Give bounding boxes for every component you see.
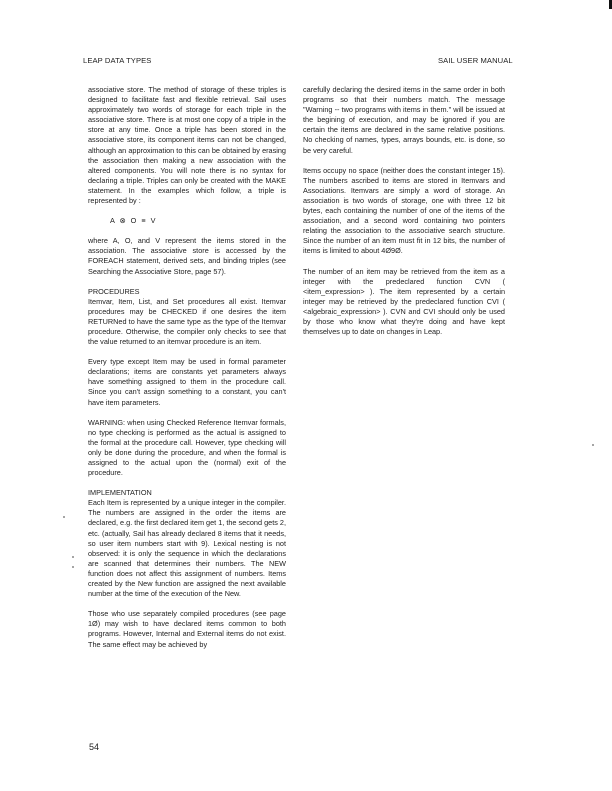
- paragraph-separate-compilation: Those who use separately compiled proced…: [88, 609, 286, 649]
- scan-speck: [592, 444, 594, 446]
- paragraph-procedures: Itemvar, Item, List, and Set procedures …: [88, 297, 286, 347]
- section-heading-procedures: PROCEDURES: [88, 287, 286, 297]
- scan-speck: [72, 556, 74, 558]
- scan-speck: [63, 516, 65, 518]
- paragraph-associative-store: associative store. The method of storage…: [88, 85, 286, 206]
- left-column: associative store. The method of storage…: [88, 85, 286, 660]
- triple-formula: A ⊗ O ≡ V: [110, 216, 286, 226]
- paragraph-item-storage: Items occupy no space (neither does the …: [303, 166, 505, 257]
- paragraph-warning: WARNING: when using Checked Reference It…: [88, 418, 286, 479]
- paragraph-declaring-items: carefully declaring the desired items in…: [303, 85, 505, 156]
- page-number: 54: [89, 742, 99, 752]
- scan-speck: [72, 566, 74, 568]
- running-header-right: SAIL USER MANUAL: [438, 56, 513, 65]
- paragraph-cvn-cvi: The number of an item may be retrieved f…: [303, 267, 505, 338]
- paragraph-triple-components: where A, O, and V represent the items st…: [88, 236, 286, 276]
- section-heading-implementation: IMPLEMENTATION: [88, 488, 286, 498]
- paragraph-formal-parameters: Every type except Item may be used in fo…: [88, 357, 286, 407]
- right-column: carefully declaring the desired items in…: [303, 85, 505, 347]
- running-header-left: LEAP DATA TYPES: [83, 56, 151, 65]
- paragraph-implementation: Each Item is represented by a unique int…: [88, 498, 286, 599]
